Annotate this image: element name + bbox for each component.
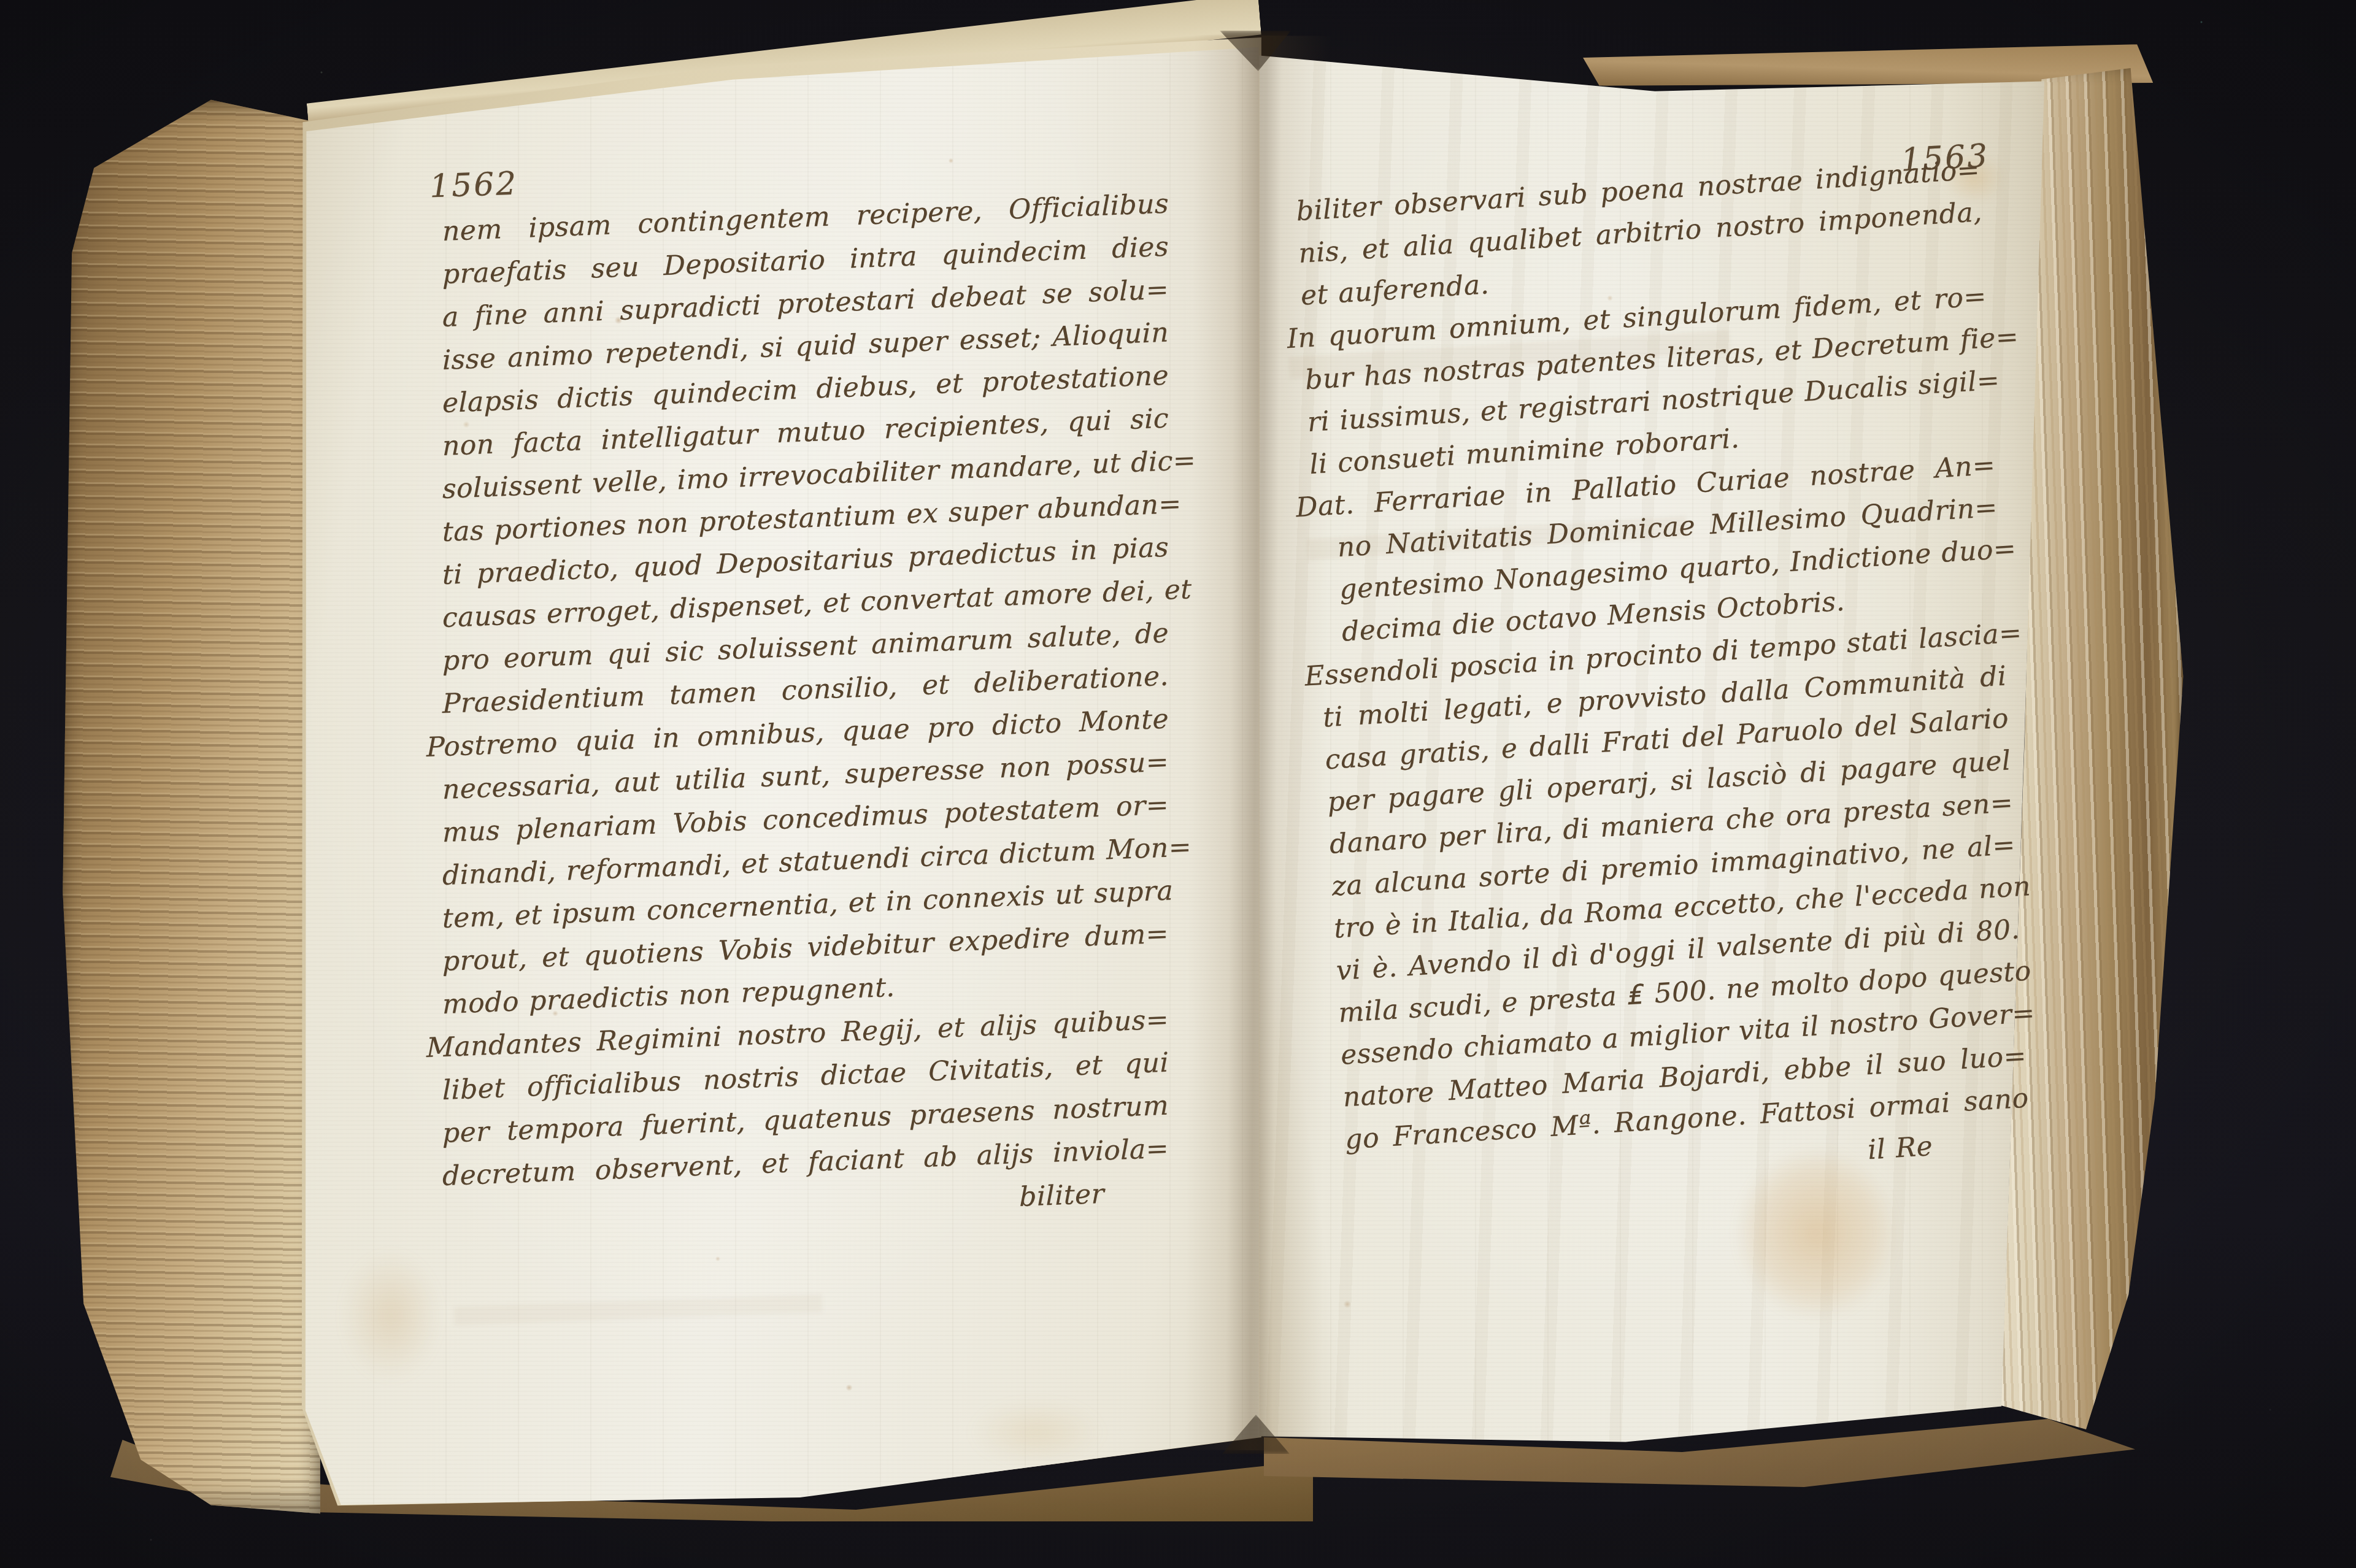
left-page-text-block: nem ipsam contingentem recipere, Officia… <box>426 183 1169 1242</box>
book-cover-bottom-right <box>1264 1399 2135 1491</box>
page-number-left: 1562 <box>429 165 518 205</box>
gutter-notch-top <box>1220 31 1291 71</box>
foxing-stain <box>954 1393 1120 1472</box>
ink-showthrough <box>454 1294 823 1326</box>
gutter-notch-bottom <box>1222 1415 1290 1454</box>
book-cover-bottom-left <box>110 1405 1313 1521</box>
page-deckle-top-left <box>304 0 1263 139</box>
page-edge-stack-right <box>1985 58 2187 1463</box>
book-cover-top-right <box>1582 24 2154 101</box>
foxing-stain <box>328 1233 454 1399</box>
photo-open-manuscript: 1562 1563 nem ipsam contingentem reciper… <box>0 0 2356 1568</box>
page-edge-stack-left <box>60 97 320 1516</box>
right-page-text-block: biliter observari sub poena nostrae indi… <box>1279 148 2032 1204</box>
